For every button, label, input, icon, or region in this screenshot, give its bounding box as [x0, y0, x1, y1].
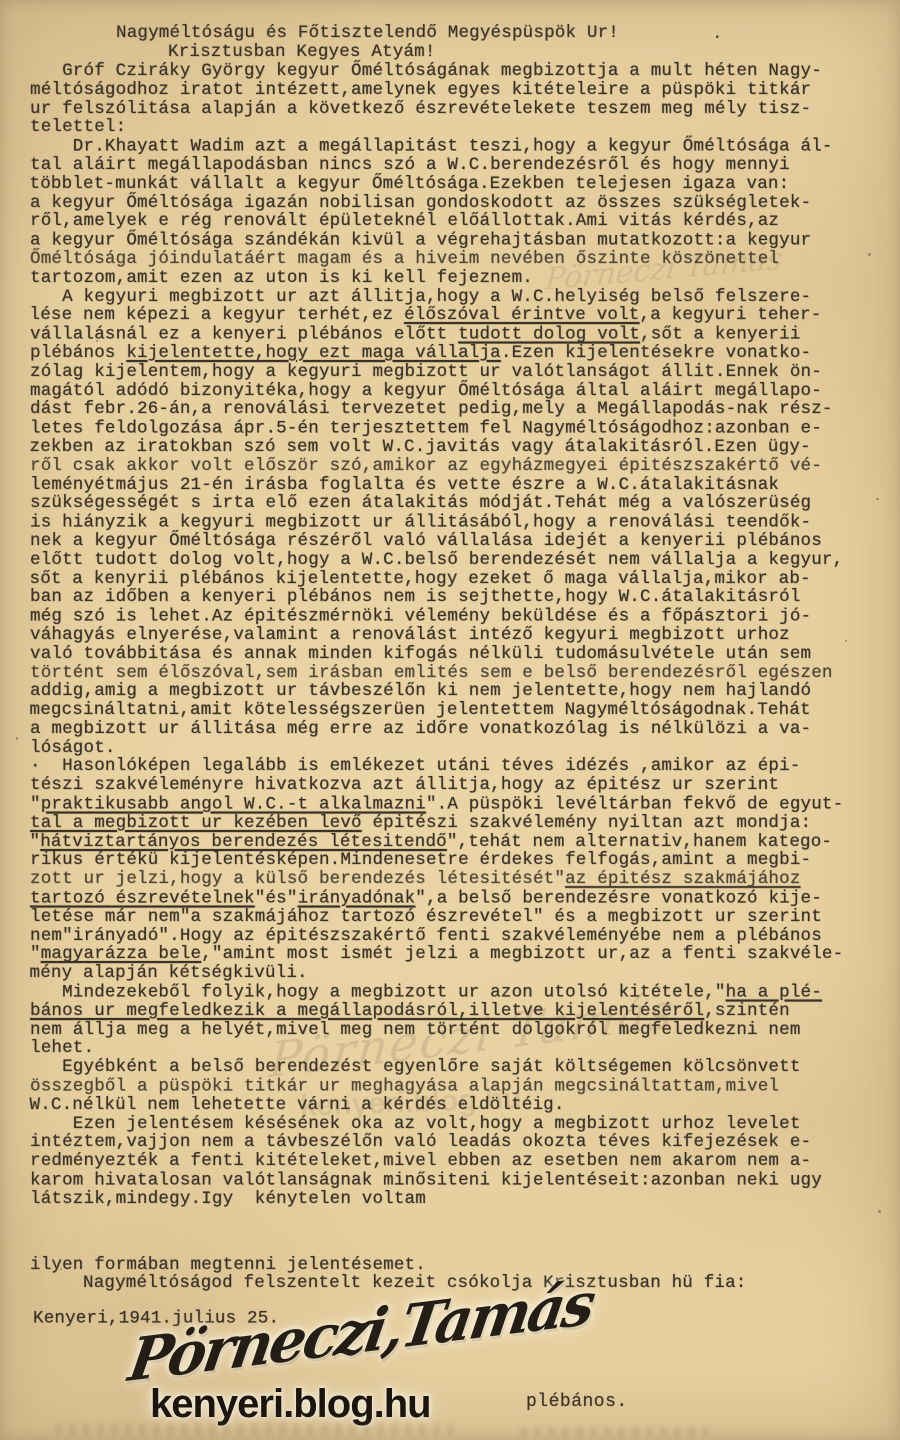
- text-line: Őméltósága jóindulatáért magam és a hive…: [30, 250, 886, 269]
- text-line: a kegyur Őméltósága szándékán kivül a vé…: [30, 232, 886, 251]
- text-line: · Hasonlóképen legalább is emlékezet utá…: [30, 757, 886, 776]
- stray-typed-dot: .: [712, 24, 723, 44]
- text-line: összegből a püspöki titkár ur meghagyása…: [30, 1078, 886, 1097]
- text-line: A kegyuri megbizott ur azt állitja,hogy …: [30, 288, 886, 307]
- text-line: váhagyás elnyerése,valamint a renoválást…: [30, 626, 886, 645]
- text-line: zott ur jelzi,hogy a külső berendezés lé…: [30, 870, 886, 889]
- text-line: is hiányzik a kegyuri megbizott ur állit…: [30, 514, 886, 533]
- text-line: zólag kijelentem,hogy a kegyuri megbizot…: [30, 363, 886, 382]
- text-line: nek a kegyur Őméltósága részéről való vá…: [30, 532, 886, 551]
- text-line: lése nem képezi a kegyur terhét,ez élősz…: [30, 306, 886, 325]
- text-line: méltóságodhoz iratot intézett,amelynek e…: [30, 81, 886, 100]
- text-line: Gróf Cziráky György kegyur Őméltóságának…: [30, 62, 886, 81]
- text-line: karom hivatalosan valótlanságnak minősit…: [30, 1172, 886, 1191]
- text-line: megcsináltatni,amit kötelességszerüen je…: [30, 701, 886, 720]
- text-line: Dr.Khayatt Wadim azt a megállapitást tes…: [30, 138, 886, 157]
- scanned-letter-page: Pörneczi Tamás Pörneczi Tamás kenyeri.bl…: [0, 0, 900, 1440]
- ink-bleed-through: [520, 1427, 710, 1436]
- ink-speck: [16, 737, 18, 740]
- text-line: intéztem,vajjon nem a távbeszélőn való l…: [30, 1133, 886, 1152]
- text-line: lehet.: [30, 1039, 886, 1058]
- text-line: plébános kijelentette,hogy ezt maga váll…: [30, 344, 886, 363]
- text-line: ban az időben a kenyeri plébános nem is …: [30, 588, 886, 607]
- text-line: redményezték a fenti kitételeket,mivel e…: [30, 1152, 886, 1171]
- text-line: tal aláirt megállapodásban nincs szó a W…: [30, 156, 886, 175]
- text-line: a kegyur Őméltósága igazán nobilisan gon…: [30, 194, 886, 213]
- text-line: dást febr.26-án,a renoválási tervezetet …: [30, 400, 886, 419]
- text-line: előtt tudott dolog volt,hogy a W.C.belső…: [30, 551, 886, 570]
- text-line: történt sem élőszóval,sem irásban emlité…: [30, 664, 886, 683]
- text-line: Egyébként a belső berendezést egyenlőre …: [30, 1058, 886, 1077]
- text-line: még szó is lehet.Az épitészmérnöki vélem…: [30, 608, 886, 627]
- salutation-line-1: Nagyméltóságu és Főtisztelendő Megyéspüs…: [30, 24, 886, 43]
- text-line: addig,amig a megbizott ur távbeszélőn ki…: [30, 682, 886, 701]
- text-line: tészi szakvéleményre hivatkozva azt álli…: [30, 776, 886, 795]
- text-line: Ezen jelentésem késésének oka az volt,ho…: [30, 1115, 886, 1134]
- text-line: zekben az iratokban szó sem volt W.C.jav…: [30, 438, 886, 457]
- text-line: rikus értékü kijelentésképen.Mindenesetr…: [30, 851, 886, 870]
- text-line: "hátviztartányos berendezés létesitendő"…: [30, 833, 886, 852]
- text-line: látszik,mindegy.Igy kénytelen voltam: [30, 1190, 886, 1209]
- text-line: magától adódó bizonyitéka,hogy a kegyur …: [30, 382, 886, 401]
- signer-role: plébános.: [526, 1392, 628, 1412]
- text-line: letése már nem"a szakmájához tartozó ész…: [30, 908, 886, 927]
- letter-document: Nagyméltóságu és Főtisztelendő Megyéspüs…: [30, 24, 886, 1328]
- text-line: nem"irányadó".Hogy az épitészszakértő fe…: [30, 927, 886, 946]
- text-line: a megbizott ur állitása még erre az időr…: [30, 720, 886, 739]
- text-line: bános ur megfeledkezik a megállapodásról…: [30, 1002, 886, 1021]
- text-line: többlet-munkát vállalt a kegyur Őméltósá…: [30, 175, 886, 194]
- text-line: "praktikusabb angol W.C.-t alkalmazni".A…: [30, 796, 886, 815]
- salutation-line-2: Krisztusban Kegyes Atyám!: [30, 43, 886, 62]
- text-line: tartozom,amit ezen az uton is ki kell fe…: [30, 269, 886, 288]
- text-line: lóságot.: [30, 739, 886, 758]
- text-line: ur felszólitása alapján a következő észr…: [30, 100, 886, 119]
- text-line: tal a megbizott ur kezében levő épitészi…: [30, 814, 886, 833]
- text-line: letes feldolgozása ápr.5-én terjesztette…: [30, 420, 886, 439]
- text-line: W.C.nélkül nem lehetette várni a kérdés …: [30, 1096, 886, 1115]
- closing-line-1: ilyen formában megtenni jelentésemet.: [30, 1256, 886, 1275]
- text-line: "magyarázza bele,"amint most ismét jelzi…: [30, 945, 886, 964]
- text-line: való továbbitása és annak minden kifogás…: [30, 645, 886, 664]
- text-line: sőt a kenyrii plébános kijelentette,hogy…: [30, 570, 886, 589]
- text-line: mény alapján kétségkivüli.: [30, 964, 886, 983]
- document-body: Gróf Cziráky György kegyur Őméltóságának…: [30, 62, 886, 1209]
- text-line: leményétmájus 21-én irásba foglalta és v…: [30, 476, 886, 495]
- blog-watermark: kenyeri.blog.hu: [150, 1382, 431, 1427]
- text-line: Mindezekeből folyik,hogy a megbizott ur …: [30, 984, 886, 1003]
- text-line: vállalásnál ez a kenyeri plébános előtt …: [30, 326, 886, 345]
- text-line: tartozó észrevételnek"és"irányadónak",a …: [30, 890, 886, 909]
- text-line: nem állja meg a helyét,mivel meg nem tör…: [30, 1021, 886, 1040]
- text-line: ről csak akkor volt először szó,amikor a…: [30, 457, 886, 476]
- text-line: ről,amelyek e rég renovált épületeknél e…: [30, 212, 886, 231]
- text-line: szükségességét s irta elő ezen átalakitá…: [30, 494, 886, 513]
- text-line: telettel:: [30, 118, 886, 137]
